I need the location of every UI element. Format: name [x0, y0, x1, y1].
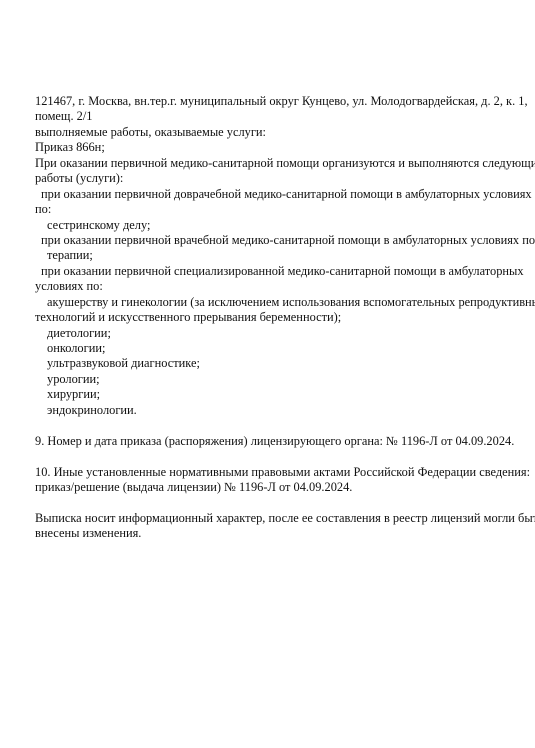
item-10-line-2: приказ/решение (выдача лицензии) № 1196-… [35, 480, 505, 495]
order-reference: Приказ 866н; [35, 140, 505, 155]
disclaimer-line-2: внесены изменения. [35, 526, 505, 541]
disclaimer-line-1: Выписка носит информационный характер, п… [35, 511, 505, 526]
section-heading-continuation: условиях по: [35, 279, 505, 294]
section-heading: при оказании первичной доврачебной медик… [35, 187, 505, 202]
section-heading: при оказании первичной специализированно… [35, 264, 505, 279]
service-item-continuation: технологий и искусственного прерывания б… [35, 310, 505, 325]
service-item: хирургии; [35, 387, 505, 402]
intro-line-1: При оказании первичной медико-санитарной… [35, 156, 505, 171]
section-heading: при оказании первичной врачебной медико-… [35, 233, 505, 248]
spacer [35, 495, 505, 510]
section-heading-continuation: по: [35, 202, 505, 217]
item-9-license-order: 9. Номер и дата приказа (распоряжения) л… [35, 434, 505, 449]
document-content: 121467, г. Москва, вн.тер.г. муниципальн… [35, 94, 505, 542]
service-item: терапии; [35, 248, 505, 263]
works-label: выполняемые работы, оказываемые услуги: [35, 125, 505, 140]
service-item: ультразвуковой диагностике; [35, 356, 505, 371]
service-item: онкологии; [35, 341, 505, 356]
address-line-2: помещ. 2/1 [35, 109, 505, 124]
spacer [35, 449, 505, 464]
service-item: урологии; [35, 372, 505, 387]
spacer [35, 418, 505, 433]
service-item: диетологии; [35, 326, 505, 341]
service-item: сестринскому делу; [35, 218, 505, 233]
document-page: 121467, г. Москва, вн.тер.г. муниципальн… [0, 0, 535, 748]
intro-line-2: работы (услуги): [35, 171, 505, 186]
service-item: эндокринологии. [35, 403, 505, 418]
address-line-1: 121467, г. Москва, вн.тер.г. муниципальн… [35, 94, 505, 109]
service-item: акушерству и гинекологии (за исключением… [35, 295, 505, 310]
item-10-line-1: 10. Иные установленные нормативными прав… [35, 465, 505, 480]
